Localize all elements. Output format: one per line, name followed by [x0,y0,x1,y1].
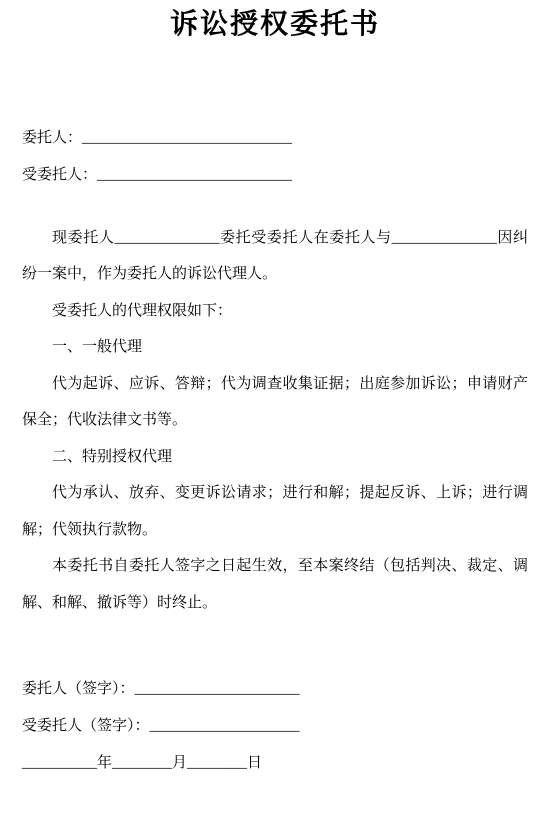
body-paragraph-powers-intro: 受委托人的代理权限如下： [22,293,528,330]
agent-blank: __________________________ [97,167,292,183]
principal-label: 委托人： [22,130,82,146]
principal-blank: ____________________________ [82,130,292,146]
body-paragraph-general-agency-scope: 代为起诉、应诉、答辩；代为调查收集证据；出庭参加诉讼；申请财产保全；代收法律文书… [22,366,528,439]
field-line-agent: 受委托人：__________________________ [22,157,528,194]
signature-line-agent: 受委托人（签字）：____________________ [22,708,528,745]
body-paragraph-validity: 本委托书自委托人签字之日起生效，至本案终结（包括判决、裁定、调解、和解、撤诉等）… [22,548,528,621]
body-heading-special-agency: 二、特别授权代理 [22,439,528,476]
body-heading-general-agency: 一、一般代理 [22,329,528,366]
date-line: __________年________月________日 [22,745,528,782]
agent-label: 受委托人： [22,167,97,183]
body-paragraph-authorization: 现委托人______________委托受委托人在委托人与___________… [22,220,528,293]
document-title: 诉讼授权委托书 [22,8,528,42]
signature-line-principal: 委托人（签字）：______________________ [22,671,528,708]
signature-block: 委托人（签字）：______________________ 受委托人（签字）：… [22,671,528,782]
document-page: 诉讼授权委托书 委托人：____________________________… [0,0,551,820]
document-body: 现委托人______________委托受委托人在委托人与___________… [22,220,528,622]
party-fields: 委托人：____________________________ 受委托人：__… [22,120,528,194]
field-line-principal: 委托人：____________________________ [22,120,528,157]
body-paragraph-special-agency-scope: 代为承认、放弃、变更诉讼请求；进行和解；提起反诉、上诉；进行调解；代领执行款物。 [22,475,528,548]
